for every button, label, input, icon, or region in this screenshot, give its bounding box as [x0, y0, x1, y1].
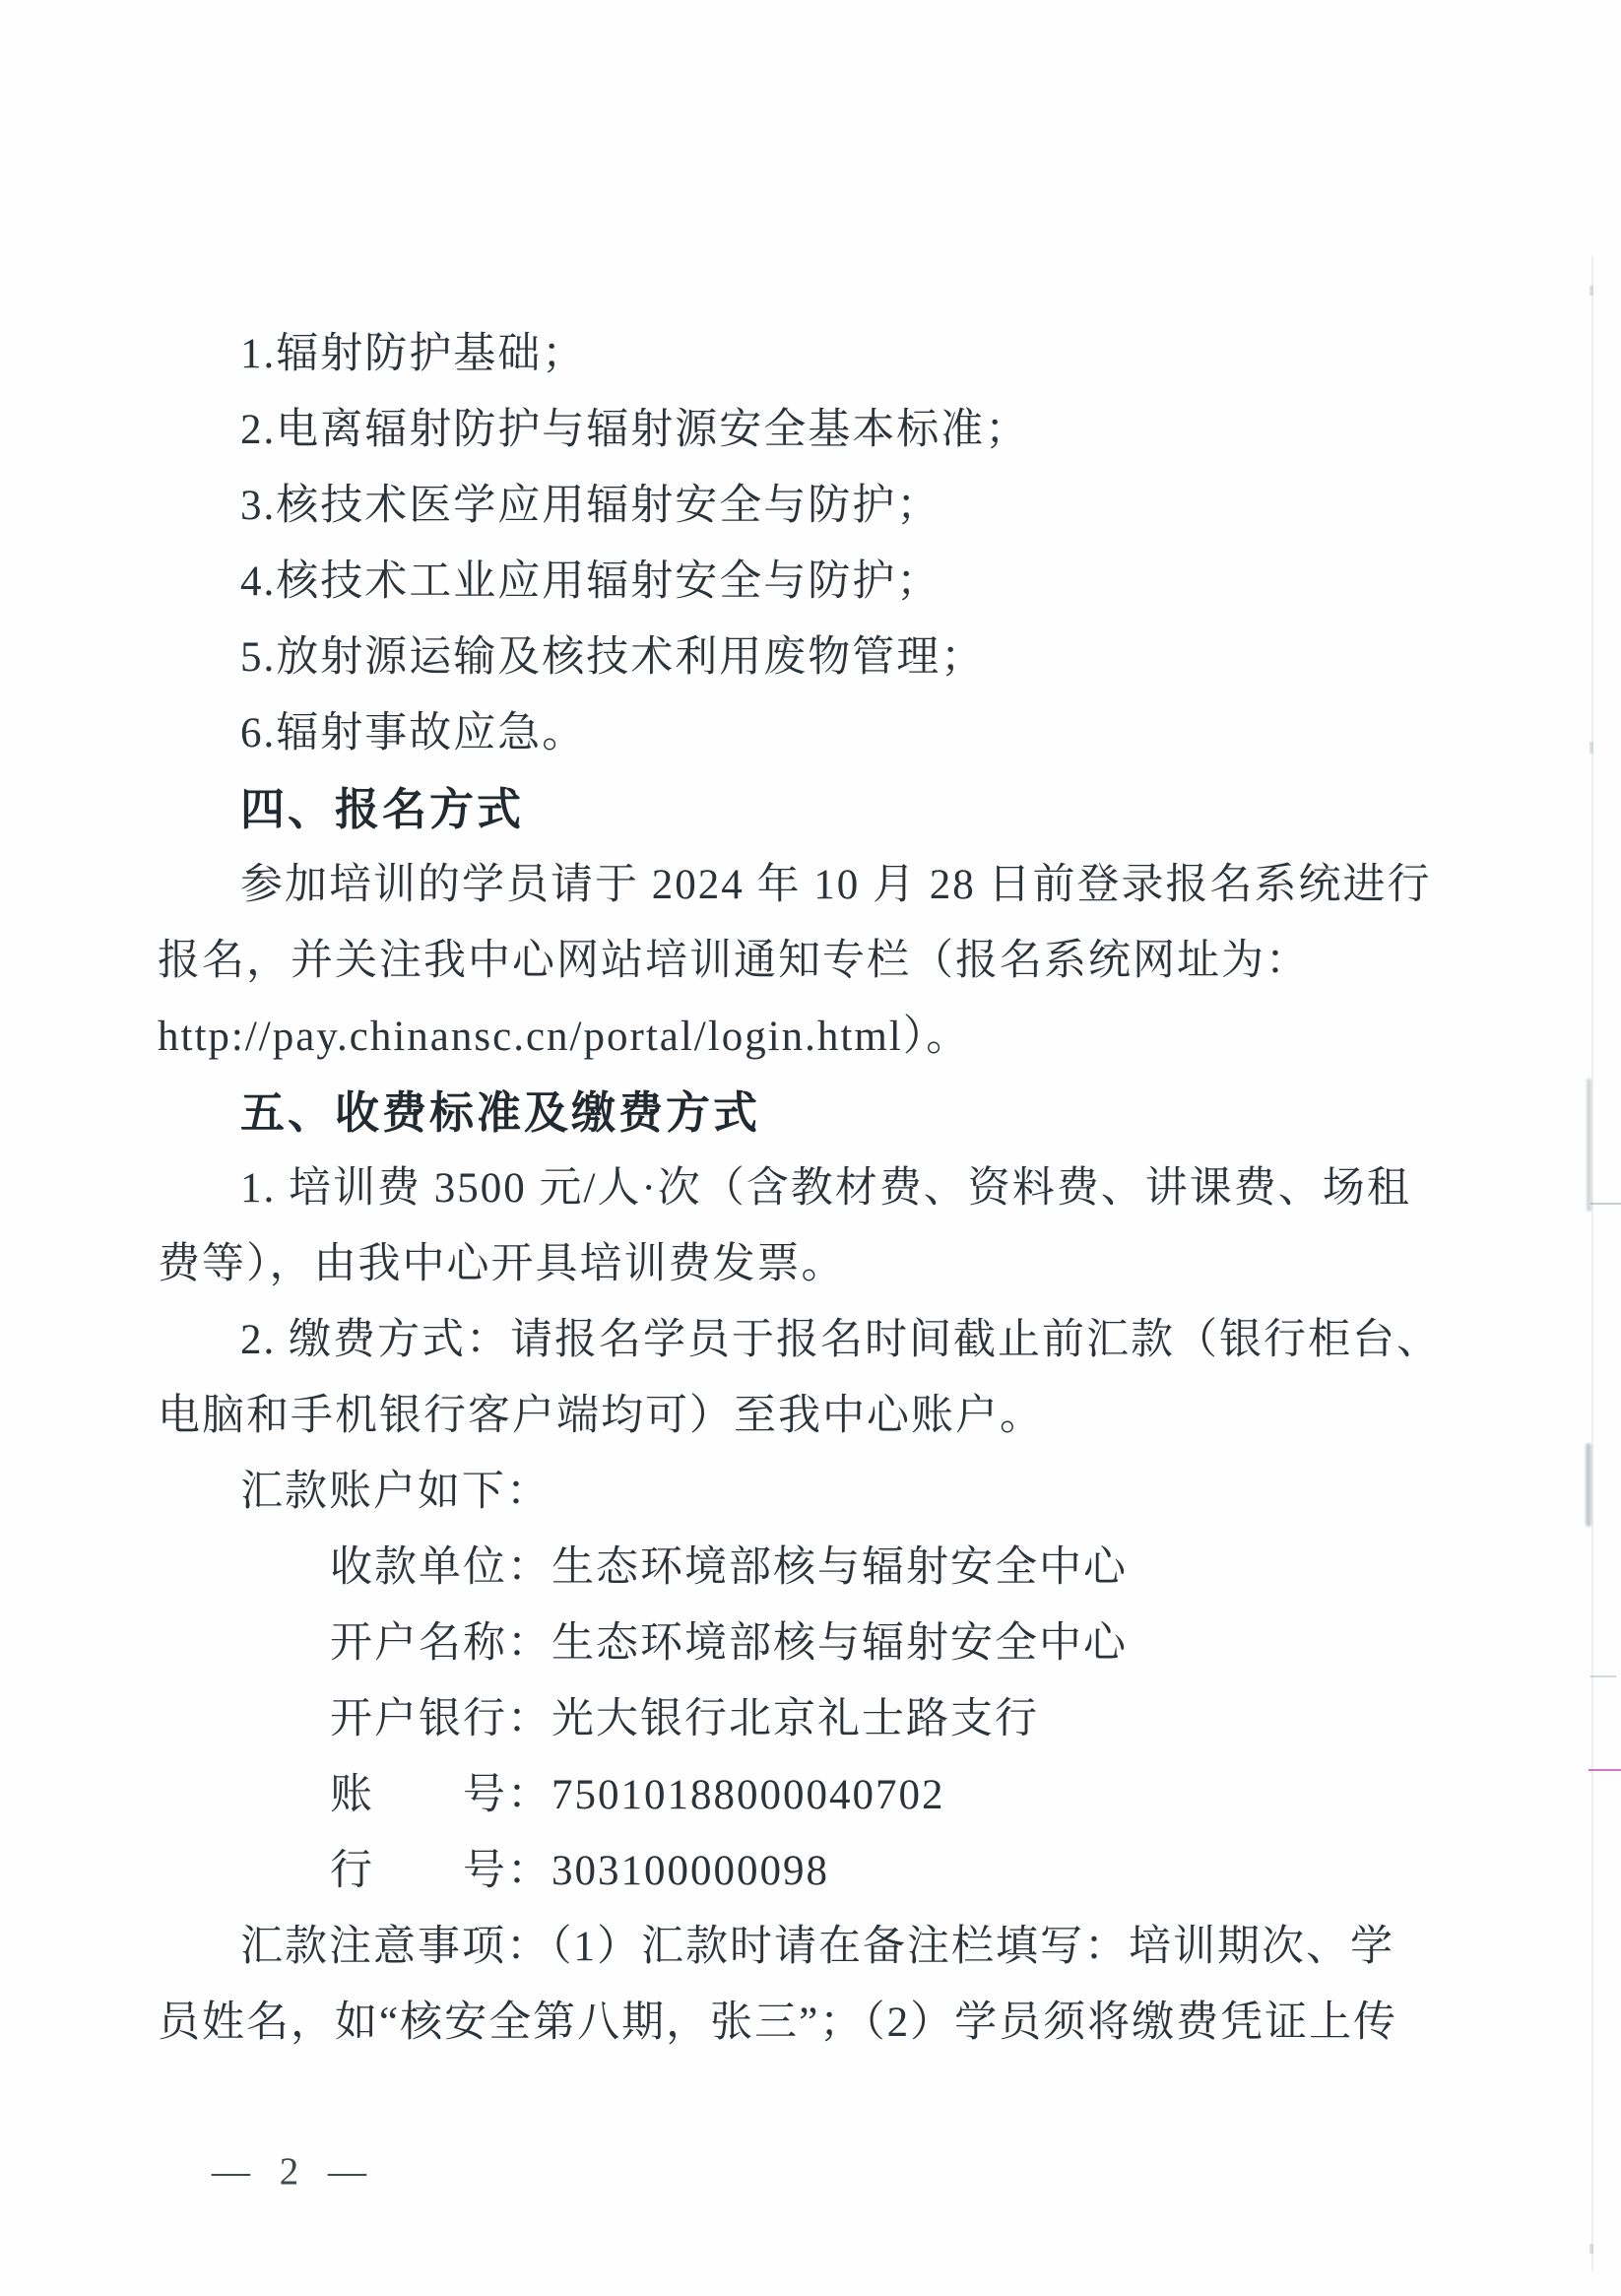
account-field-label: 开户名称：: [330, 1620, 551, 1667]
section-heading-registration: 四、报名方式: [158, 771, 1482, 847]
scan-artifact-dot: [1589, 742, 1593, 754]
account-field-bank: 开户银行：光大银行北京礼士路支行: [158, 1681, 1482, 1757]
remittance-note-line: 汇款注意事项：（1）汇款时请在备注栏填写：培训期次、学: [158, 1909, 1482, 1985]
account-field-value: 生态环境部核与辐射安全中心: [551, 1544, 1128, 1591]
account-field-label: 行 号：: [330, 1848, 551, 1894]
payment-method-line: 电脑和手机银行客户端均可）至我中心账户。: [158, 1378, 1482, 1454]
account-field-account-name: 开户名称：生态环境部核与辐射安全中心: [158, 1606, 1482, 1681]
fee-standard-line: 1. 培训费 3500 元/人·次（含教材费、资料费、讲课费、场租: [158, 1150, 1482, 1226]
account-field-label: 账 号：: [330, 1772, 551, 1818]
scanned-document-page: 1.辐射防护基础； 2.电离辐射防护与辐射源安全基本标准； 3.核技术医学应用辐…: [0, 0, 1621, 2296]
scan-artifact-smudge: [1586, 1443, 1591, 1527]
scan-artifact-gray-dash: [1590, 1675, 1616, 1677]
account-field-value: 75010188000040702: [551, 1772, 945, 1818]
fee-standard-line: 费等），由我中心开具培训费发票。: [158, 1226, 1482, 1302]
account-field-payee: 收款单位：生态环境部核与辐射安全中心: [158, 1530, 1482, 1606]
payment-method-line: 2. 缴费方式：请报名学员于报名时间截止前汇款（银行柜台、: [158, 1302, 1482, 1378]
remittance-note-line: 员姓名，如“核安全第八期，张三”；（2）学员须将缴费凭证上传: [158, 1985, 1482, 2061]
training-topic-2: 2.电离辐射防护与辐射源安全基本标准；: [158, 392, 1482, 468]
scan-artifact-dot: [1589, 2244, 1593, 2254]
registration-paragraph-line: 参加培训的学员请于 2024 年 10 月 28 日前登录报名系统进行: [158, 847, 1482, 923]
page-number: — 2 —: [212, 2149, 376, 2194]
scan-artifact-magenta-dash: [1589, 1769, 1621, 1771]
account-field-bank-number: 行 号：303100000098: [158, 1833, 1482, 1909]
scan-artifact-vertical-line: [1591, 256, 1593, 2270]
account-field-account-number: 账 号：75010188000040702: [158, 1757, 1482, 1833]
scan-artifact-smudge: [1587, 1079, 1591, 1212]
registration-url-line: http://pay.chinansc.cn/portal/login.html…: [158, 999, 1482, 1075]
account-field-value: 光大银行北京礼士路支行: [551, 1696, 1039, 1742]
training-topic-4: 4.核技术工业应用辐射安全与防护；: [158, 544, 1482, 620]
training-topic-6: 6.辐射事故应急。: [158, 695, 1482, 771]
account-field-value: 生态环境部核与辐射安全中心: [551, 1620, 1128, 1667]
scan-artifact-gray-dash: [1590, 1203, 1621, 1205]
document-body: 1.辐射防护基础； 2.电离辐射防护与辐射源安全基本标准； 3.核技术医学应用辐…: [158, 316, 1482, 2061]
section-heading-fees: 五、收费标准及缴费方式: [158, 1075, 1482, 1150]
account-field-label: 收款单位：: [330, 1544, 551, 1591]
training-topic-1: 1.辐射防护基础；: [158, 316, 1482, 392]
account-intro: 汇款账户如下：: [158, 1454, 1482, 1530]
training-topic-3: 3.核技术医学应用辐射安全与防护；: [158, 468, 1482, 544]
registration-paragraph-line: 报名，并关注我中心网站培训通知专栏（报名系统网址为：: [158, 923, 1482, 999]
account-field-label: 开户银行：: [330, 1696, 551, 1742]
scan-artifact-dot: [1589, 286, 1593, 295]
account-field-value: 303100000098: [551, 1848, 829, 1894]
training-topic-5: 5.放射源运输及核技术利用废物管理；: [158, 620, 1482, 695]
